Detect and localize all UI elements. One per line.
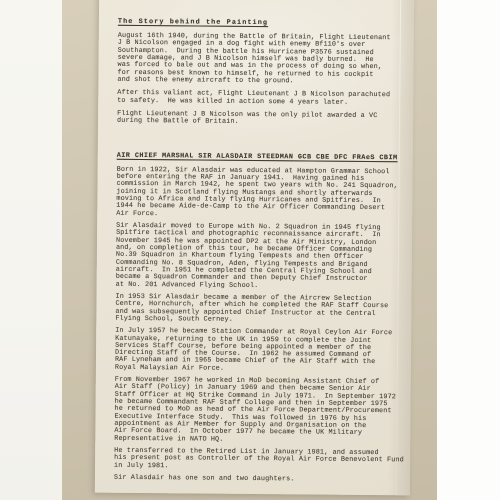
bio-paragraph-5: From November 1967 he worked in MoD beco… <box>114 377 403 445</box>
biography-section-heading: AIR CHIEF MARSHAL SIR ALASDAIR STEEDMAN … <box>117 151 405 162</box>
story-paragraph-2: After this valiant act, Flight Lieutenan… <box>117 90 405 107</box>
document-page: The Story behind the Painting August 16t… <box>95 0 414 495</box>
bio-paragraph-1: Born in 1922, Sir Alasdair was educated … <box>116 166 404 220</box>
bio-paragraph-7: Sir Alasdair has one son and two daughte… <box>114 475 402 485</box>
bio-paragraph-4: In July 1957 he became Station Commander… <box>115 328 403 374</box>
bio-paragraph-6: He transferred to the Retired List in Ja… <box>114 448 402 472</box>
photo-of-typewritten-document: The Story behind the Painting August 16t… <box>0 0 500 500</box>
story-paragraph-1: August 16th 1940, during the Battle of B… <box>117 33 405 87</box>
story-paragraph-3: Flight Lieutenant J B Nicolson was the o… <box>117 111 405 128</box>
bio-paragraph-3: In 1953 Sir Alasdair became a member of … <box>115 294 403 326</box>
photo-left-margin <box>0 0 62 500</box>
section-biography-steedman: AIR CHIEF MARSHAL SIR ALASDAIR STEEDMAN … <box>114 151 405 484</box>
photo-right-margin <box>437 0 500 500</box>
bio-paragraph-2: Sir Alasdair moved to Europe with No. 2 … <box>116 223 405 291</box>
section-story-behind-painting: The Story behind the Painting August 16t… <box>117 18 406 128</box>
story-section-heading: The Story behind the Painting <box>118 18 406 29</box>
